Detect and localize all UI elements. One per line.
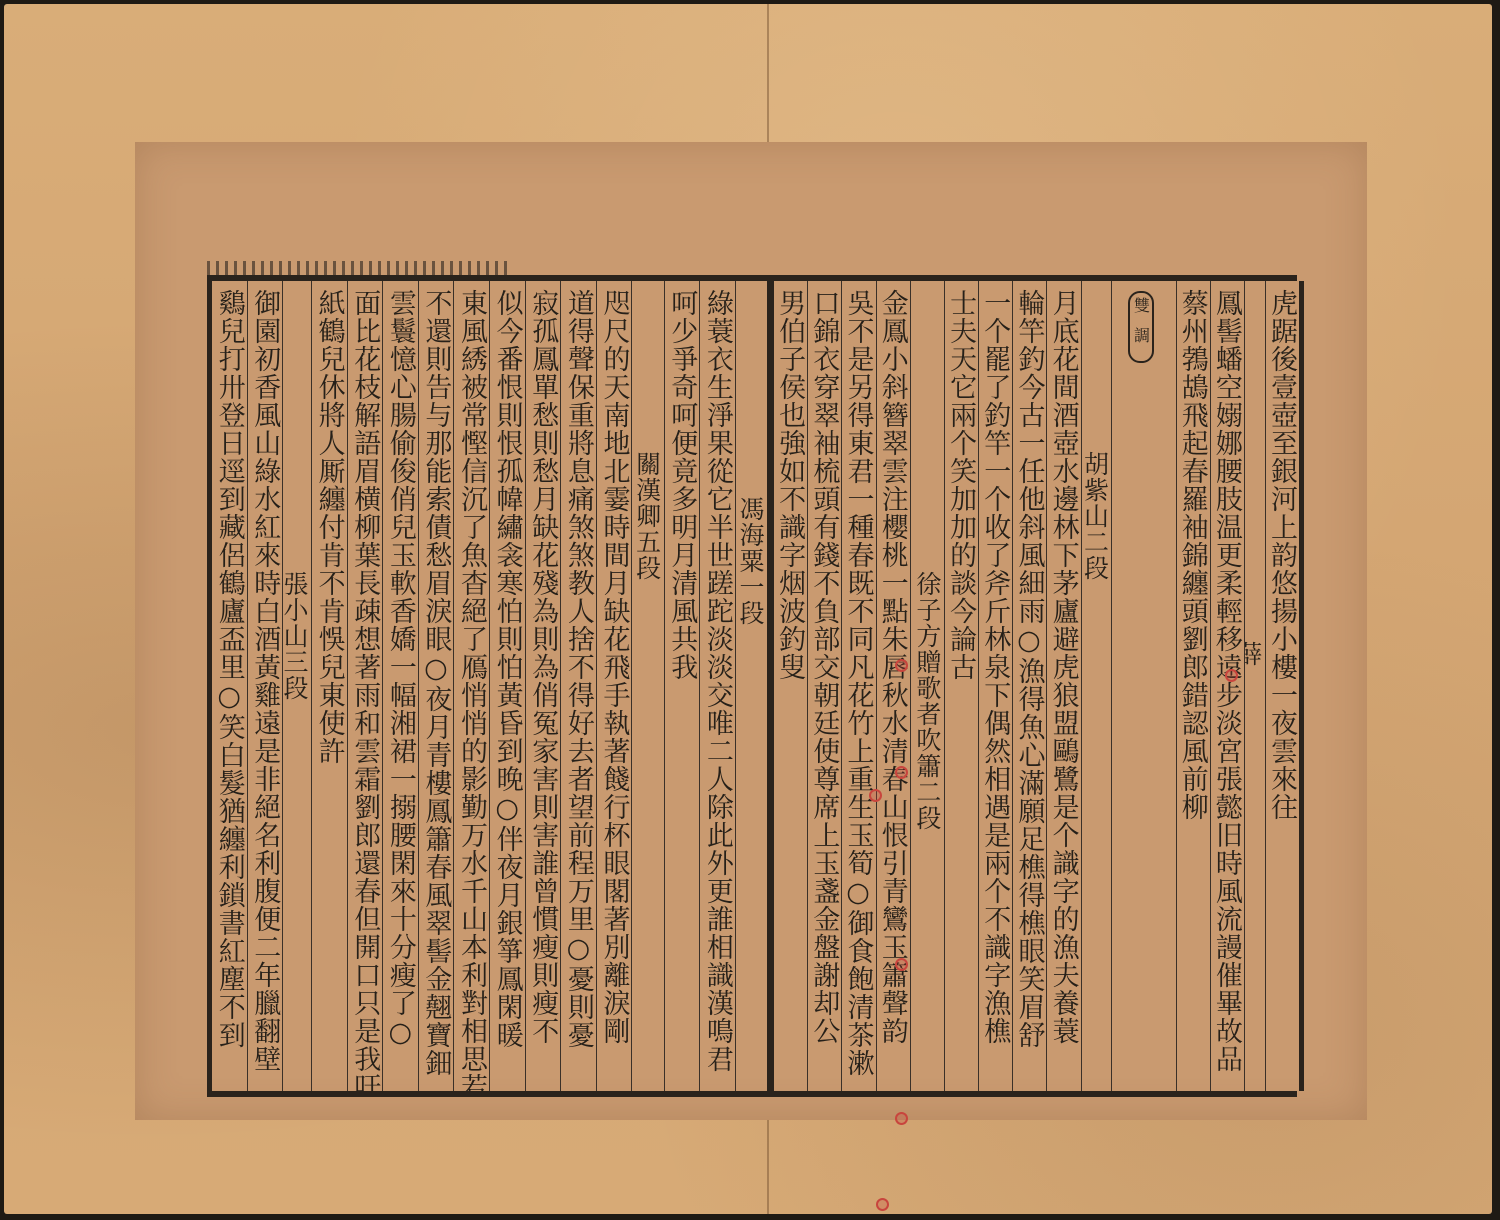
- text-column: 月底花間酒壺水邊林下茅廬避虎狼盟鷗鷺是个識字的漁夫養蓑: [1046, 281, 1080, 1091]
- text-column: 紙鶴兒休將人厮纏付肯不肯悞兒東使許: [311, 281, 347, 1091]
- red-punctuation-mark: [1225, 669, 1238, 682]
- text-column: 口錦衣穿翠袖梳頭有錢不負部交朝廷使尊席上玉盞金盤謝却公: [807, 281, 841, 1091]
- text-column: 吳不是另得東君一種春既不同凡花竹上重生玉筍○御食飽清茶漱: [841, 281, 875, 1091]
- song-title-column: 雙調 沉醉東風: [1111, 281, 1175, 1091]
- author-column: 關漢卿五段: [631, 281, 663, 1091]
- text-column: 鷄兒打卅登日逕到藏侶鶴廬盃里○笑白髮猶纏利鎖書紅塵不到: [212, 281, 247, 1091]
- author-column: 胡紫山二段: [1081, 281, 1112, 1091]
- red-punctuation-mark: [869, 789, 882, 802]
- author-column: 張小山三段: [282, 281, 311, 1091]
- text-column: 蔡州鵓鴣飛起春羅袖錦纏頭劉郎錯認風前柳: [1176, 281, 1210, 1091]
- text-column: 虎踞後壹壺至銀河上韵悠揚小樓一夜雲來往: [1265, 281, 1299, 1091]
- text-column: 一个罷了釣竿一个收了斧斤林泉下偶然相遇是兩个不識字漁樵: [978, 281, 1012, 1091]
- text-column: 面比花枝解語眉横柳葉長疎想著雨和雲霜劉郎還春但開口只是我吁: [347, 281, 383, 1091]
- text-column: 似今番恨則恨孤幃繡衾寒怕則怕黃昏到晚○伴夜月銀箏鳳閑暖: [489, 281, 525, 1091]
- red-punctuation-mark: [895, 766, 908, 779]
- red-punctuation-mark: [895, 1112, 908, 1125]
- attribution-column: 薛: [1244, 281, 1265, 1091]
- red-punctuation-mark: [876, 1198, 889, 1211]
- author-column: 徐子方贈歌者吹簫二段: [910, 281, 944, 1091]
- text-column: 男伯子侯也強如不識字烟波釣叟: [774, 281, 807, 1091]
- text-column: 咫尺的天南地北霎時間月缺花飛手執著餞行杯眼閣著別離淚剛: [596, 281, 632, 1091]
- red-punctuation-mark: [895, 659, 908, 672]
- text-column: 寂孤鳳單愁則愁月缺花殘為則為俏冤家害則害誰曾慣瘦則瘦不: [525, 281, 561, 1091]
- text-column: 不還則告与那能索債愁眉淚眼○夜月青樓鳳簫春風翠髻金翹寶鈿: [418, 281, 454, 1091]
- book-spread: 虎踞後壹壺至銀河上韵悠揚小樓一夜雲來往 薛 鳳髻蟠空嫋娜腰肢温更柔輕移遠步淡宮張…: [4, 4, 1492, 1214]
- text-column: 鳳髻蟠空嫋娜腰肢温更柔輕移遠步淡宮張懿旧時風流謾催畢故品: [1210, 281, 1244, 1091]
- mode-badge: 雙調: [1128, 291, 1154, 363]
- text-column: 士夫天它兩个笑加加的談今論古: [944, 281, 978, 1091]
- text-column: 綠蓑衣生淨果從它半世蹉跎淡淡交唯二人除此外更誰相識漢鳴君: [699, 281, 735, 1091]
- text-column: 東風綉被常慳信沉了魚杳絕了鴈悄悄的影勤万水千山本利對相思若: [453, 281, 489, 1091]
- text-column: 道得聲保重將息痛煞煞教人捨不得好去者望前程万里○憂則憂: [560, 281, 596, 1091]
- text-column: 輪竿釣今古一任他斜風細雨○漁得魚心滿願足樵得樵眼笑眉舒: [1012, 281, 1046, 1091]
- left-page: 馮海粟一段 綠蓑衣生淨果從它半世蹉跎淡淡交唯二人除此外更誰相識漢鳴君 呵少爭奇呵…: [207, 281, 772, 1091]
- text-column: 呵少爭奇呵便竟多明月清風共我: [664, 281, 700, 1091]
- author-column: 馮海粟一段: [735, 281, 767, 1091]
- red-punctuation-mark: [895, 958, 908, 971]
- right-page: 虎踞後壹壺至銀河上韵悠揚小樓一夜雲來往 薛 鳳髻蟠空嫋娜腰肢温更柔輕移遠步淡宮張…: [769, 281, 1304, 1091]
- printed-frame: 虎踞後壹壺至銀河上韵悠揚小樓一夜雲來往 薛 鳳髻蟠空嫋娜腰肢温更柔輕移遠步淡宮張…: [207, 275, 1297, 1097]
- text-column: 雲鬟憶心腸偷俊俏兒玉軟香嬌一幅湘裙一搦腰閑來十分瘦了○: [382, 281, 418, 1091]
- text-column: 御園初香風山綠水紅來時白酒黃雞遠是非絕名利腹便二年臘翻壁: [247, 281, 283, 1091]
- worn-top-edge: [207, 261, 507, 275]
